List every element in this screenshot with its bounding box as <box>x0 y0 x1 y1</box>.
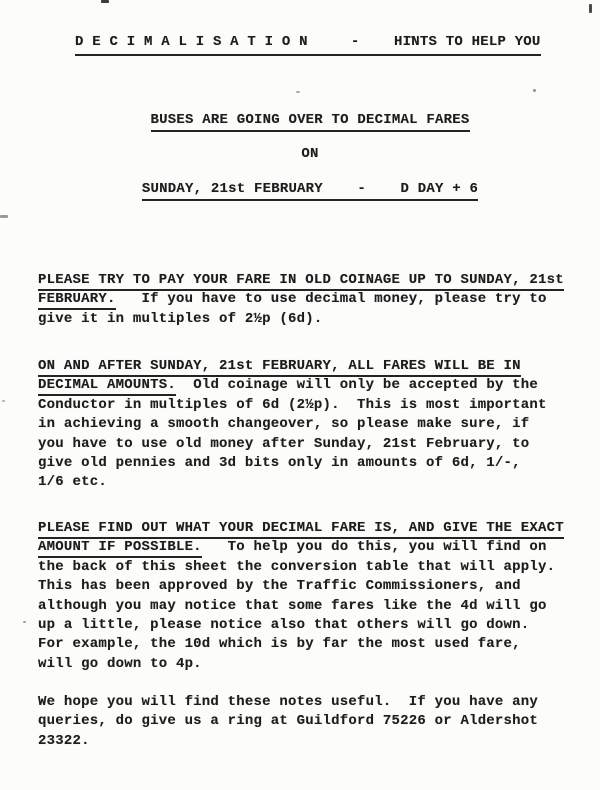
text-line: will go down to 4p. <box>38 655 564 674</box>
text-line: PLEASE TRY TO PAY YOUR FARE IN OLD COINA… <box>38 271 564 290</box>
text-line: We hope you will find these notes useful… <box>38 693 538 712</box>
text: although you may notice that some fares … <box>38 598 547 614</box>
text-line: ON AND AFTER SUNDAY, 21st FEBRUARY, ALL … <box>38 357 547 376</box>
text-line: the back of this sheet the conversion ta… <box>38 558 564 577</box>
text-line: although you may notice that some fares … <box>38 597 564 616</box>
underlined-text: ON AND AFTER SUNDAY, 21st FEBRUARY, ALL … <box>38 358 521 377</box>
text-line: queries, do give us a ring at Guildford … <box>38 712 538 731</box>
text: Conductor in multiples of 6d (2½p). This… <box>38 397 547 413</box>
text: 23322. <box>38 733 90 749</box>
scan-speck <box>296 91 300 93</box>
underlined-text: SUNDAY, 21st FEBRUARY - D DAY + 6 <box>142 181 478 201</box>
underlined-text: BUSES ARE GOING OVER TO DECIMAL FARES <box>151 112 470 132</box>
text: To help you do this, you will find on <box>202 539 547 555</box>
underlined-text: D E C I M A L I S A T I O N - HINTS TO H… <box>75 34 541 56</box>
scan-speck <box>23 621 26 623</box>
text: queries, do give us a ring at Guildford … <box>38 713 538 729</box>
text-line: give it in multiples of 2½p (6d). <box>38 310 564 329</box>
text: you have to use old money after Sunday, … <box>38 436 529 452</box>
underlined-text: FEBRUARY. <box>38 291 116 310</box>
scan-speck <box>0 215 8 218</box>
text-line: give old pennies and 3d bits only in amo… <box>38 454 547 473</box>
scan-speck <box>101 0 109 3</box>
paragraph-decimal-amounts: ON AND AFTER SUNDAY, 21st FEBRUARY, ALL … <box>38 357 547 493</box>
text: give it in multiples of 2½p (6d). <box>38 311 323 327</box>
text-line: BUSES ARE GOING OVER TO DECIMAL FARES <box>10 111 600 130</box>
text-line: up a little, please notice also that oth… <box>38 616 564 635</box>
text-line: PLEASE FIND OUT WHAT YOUR DECIMAL FARE I… <box>38 519 564 538</box>
text: in achieving a smooth changeover, so ple… <box>38 416 529 432</box>
paragraph-find-decimal-fare: PLEASE FIND OUT WHAT YOUR DECIMAL FARE I… <box>38 519 564 674</box>
text: the back of this sheet the conversion ta… <box>38 559 555 575</box>
text-line: 23322. <box>38 732 538 751</box>
text-line: 1/6 etc. <box>38 473 547 492</box>
scan-speck <box>533 89 536 92</box>
scan-speck <box>589 4 592 13</box>
text-line: Conductor in multiples of 6d (2½p). This… <box>38 396 547 415</box>
text: This has been approved by the Traffic Co… <box>38 578 521 594</box>
underlined-text: PLEASE TRY TO PAY YOUR FARE IN OLD COINA… <box>38 272 564 291</box>
text: give old pennies and 3d bits only in amo… <box>38 455 521 471</box>
text-line: This has been approved by the Traffic Co… <box>38 577 564 596</box>
document-page: D E C I M A L I S A T I O N - HINTS TO H… <box>0 0 600 790</box>
text-line: ON <box>10 145 600 164</box>
text-line: SUNDAY, 21st FEBRUARY - D DAY + 6 <box>10 180 600 199</box>
text-line: DECIMAL AMOUNTS. Old coinage will only b… <box>38 376 547 395</box>
paragraph-closing: We hope you will find these notes useful… <box>38 693 538 751</box>
banner-headline: BUSES ARE GOING OVER TO DECIMAL FARESONS… <box>10 111 600 214</box>
text-line: AMOUNT IF POSSIBLE. To help you do this,… <box>38 538 564 557</box>
text-line: FEBRUARY. If you have to use decimal mon… <box>38 290 564 309</box>
text: We hope you will find these notes useful… <box>38 694 538 710</box>
document-title: D E C I M A L I S A T I O N - HINTS TO H… <box>75 31 541 53</box>
paragraph-pay-old-coinage: PLEASE TRY TO PAY YOUR FARE IN OLD COINA… <box>38 271 564 329</box>
underlined-text: PLEASE FIND OUT WHAT YOUR DECIMAL FARE I… <box>38 520 564 539</box>
text-line: D E C I M A L I S A T I O N - HINTS TO H… <box>75 31 541 53</box>
text: Old coinage will only be accepted by the <box>176 377 538 393</box>
text: For example, the 10d which is by far the… <box>38 636 521 652</box>
text: 1/6 etc. <box>38 474 107 490</box>
scan-speck <box>2 400 5 402</box>
text: If you have to use decimal money, please… <box>116 291 547 307</box>
text-line: in achieving a smooth changeover, so ple… <box>38 415 547 434</box>
underlined-text: AMOUNT IF POSSIBLE. <box>38 539 202 558</box>
text: up a little, please notice also that oth… <box>38 617 529 633</box>
text: will go down to 4p. <box>38 656 202 672</box>
text-line: you have to use old money after Sunday, … <box>38 435 547 454</box>
underlined-text: DECIMAL AMOUNTS. <box>38 377 176 396</box>
text: ON <box>301 146 318 162</box>
text-line: For example, the 10d which is by far the… <box>38 635 564 654</box>
